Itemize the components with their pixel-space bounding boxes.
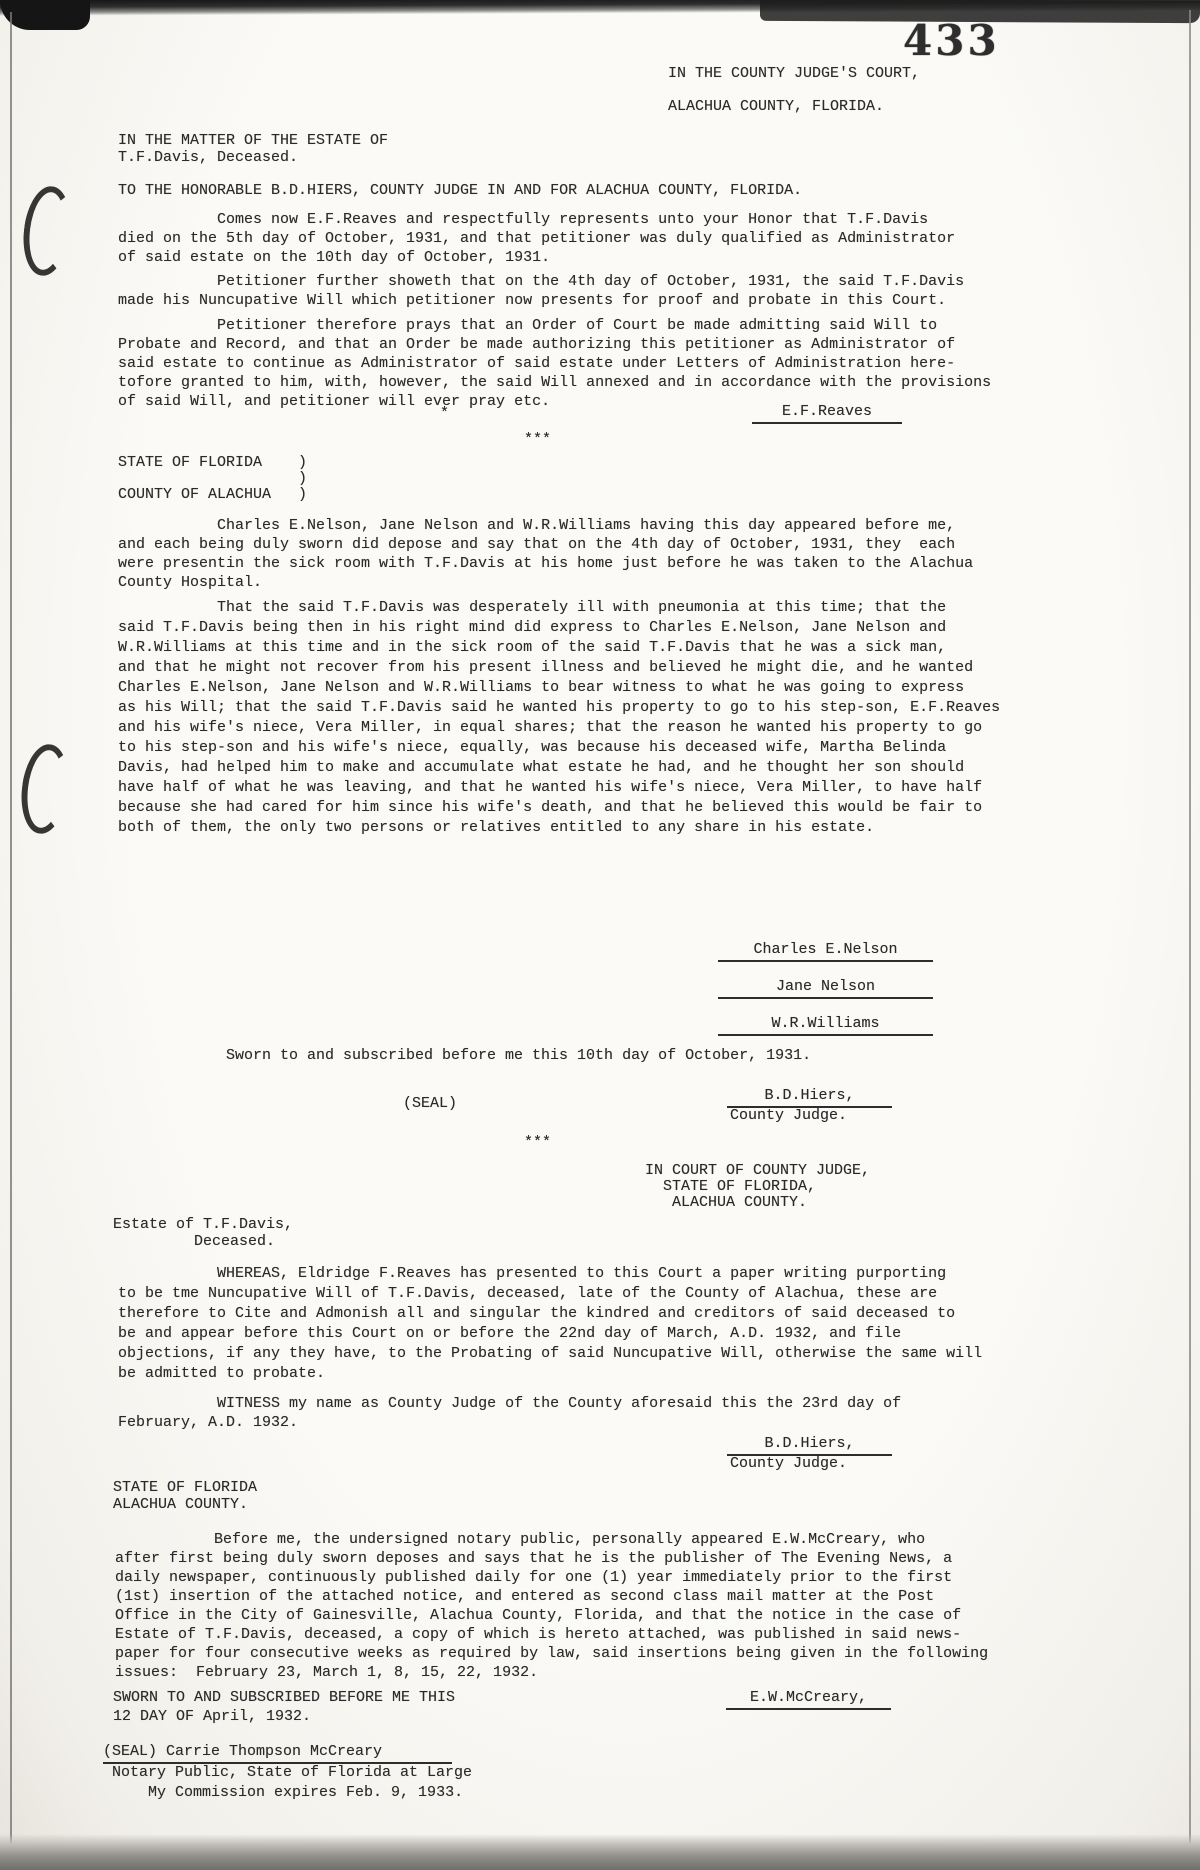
salutation: TO THE HONORABLE B.D.HIERS, COUNTY JUDGE… bbox=[118, 181, 1028, 200]
publisher-signature-name: E.W.McCreary, bbox=[726, 1688, 891, 1710]
witness-signature-name: Jane Nelson bbox=[718, 977, 933, 999]
publication-venue: STATE OF FLORIDA ALACHUA COUNTY. bbox=[113, 1479, 1023, 1513]
scan-top-left-corner bbox=[0, 0, 90, 30]
binder-ring-mark bbox=[19, 184, 76, 279]
matter-of-estate: IN THE MATTER OF THE ESTATE OF T.F.Davis… bbox=[118, 132, 1028, 166]
witness-signature-3: W.R.Williams bbox=[718, 1014, 933, 1036]
section-separator: *** bbox=[524, 430, 551, 449]
citation-whereas-paragraph: WHEREAS, Eldridge F.Reaves has presented… bbox=[118, 1264, 1028, 1384]
affidavit-venue: STATE OF FLORIDA ) ) COUNTY OF ALACHUA ) bbox=[118, 455, 1028, 503]
publication-body-paragraph: Before me, the undersigned notary public… bbox=[115, 1530, 1025, 1682]
page-right-edge-line bbox=[1189, 10, 1191, 1870]
citation-estate-caption: Estate of T.F.Davis, Deceased. bbox=[113, 1216, 1023, 1250]
citation-court-heading: IN COURT OF COUNTY JUDGE, STATE OF FLORI… bbox=[645, 1163, 870, 1211]
court-heading-line1: IN THE COUNTY JUDGE'S COURT, bbox=[668, 64, 920, 83]
seal-label: (SEAL) bbox=[403, 1094, 457, 1113]
page-left-edge-line bbox=[10, 12, 12, 1870]
judge-title: County Judge. bbox=[730, 1106, 847, 1125]
scan-bottom-edge bbox=[0, 1834, 1200, 1870]
judge-signature-2: B.D.Hiers, bbox=[727, 1434, 892, 1456]
section-separator: *** bbox=[524, 1133, 551, 1152]
stray-asterisk-mark: * bbox=[440, 404, 449, 423]
citation-witness-paragraph: WITNESS my name as County Judge of the C… bbox=[118, 1394, 1028, 1432]
notary-name: (SEAL) Carrie Thompson McCreary bbox=[103, 1742, 452, 1764]
publisher-signature: E.W.McCreary, bbox=[726, 1688, 891, 1710]
affidavit-paragraph-1: Charles E.Nelson, Jane Nelson and W.R.Wi… bbox=[118, 516, 1028, 592]
judge-signature-name: B.D.Hiers, bbox=[727, 1434, 892, 1456]
petitioner-signature-name: E.F.Reaves bbox=[752, 402, 902, 424]
petition-paragraph-1: Comes now E.F.Reaves and respectfully re… bbox=[118, 210, 1028, 267]
petition-paragraph-2: Petitioner further showeth that on the 4… bbox=[118, 272, 1028, 310]
binder-ring-mark bbox=[17, 742, 74, 837]
sworn-statement: Sworn to and subscribed before me this 1… bbox=[226, 1046, 811, 1065]
court-heading-line2: ALACHUA COUNTY, FLORIDA. bbox=[668, 97, 884, 116]
witness-signature-name: W.R.Williams bbox=[718, 1014, 933, 1036]
notary-title: Notary Public, State of Florida at Large bbox=[112, 1763, 472, 1782]
scanned-document-page: 433 IN THE COUNTY JUDGE'S COURT, ALACHUA… bbox=[0, 0, 1200, 1870]
judge-title-2: County Judge. bbox=[730, 1454, 847, 1473]
witness-signature-2: Jane Nelson bbox=[718, 977, 933, 999]
page-number: 433 bbox=[903, 16, 1000, 65]
petition-paragraph-3: Petitioner therefore prays that an Order… bbox=[118, 316, 1028, 411]
judge-signature: B.D.Hiers, bbox=[727, 1086, 892, 1108]
publication-sworn-statement: SWORN TO AND SUBSCRIBED BEFORE ME THIS 1… bbox=[113, 1688, 613, 1726]
affidavit-paragraph-2: That the said T.F.Davis was desperately … bbox=[118, 598, 1028, 838]
notary-seal-line: (SEAL) Carrie Thompson McCreary bbox=[103, 1742, 452, 1764]
notary-commission: My Commission expires Feb. 9, 1933. bbox=[112, 1783, 463, 1802]
witness-signature-name: Charles E.Nelson bbox=[718, 940, 933, 962]
witness-signature-1: Charles E.Nelson bbox=[718, 940, 933, 962]
petitioner-signature: E.F.Reaves bbox=[752, 402, 902, 424]
judge-signature-name: B.D.Hiers, bbox=[727, 1086, 892, 1108]
